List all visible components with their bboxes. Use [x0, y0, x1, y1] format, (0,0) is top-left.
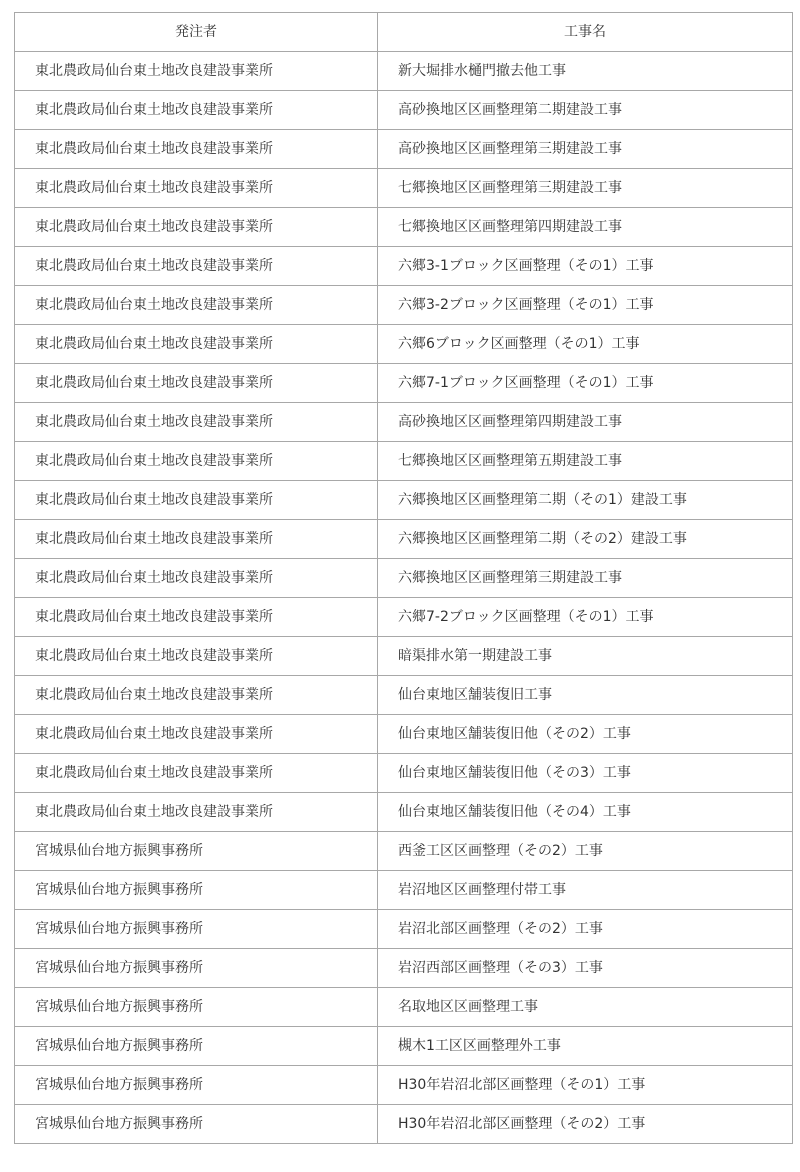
cell-orderer: 宮城県仙台地方振興事務所	[15, 949, 378, 988]
cell-project-name: 高砂換地区区画整理第三期建設工事	[378, 130, 793, 169]
table-row: 東北農政局仙台東土地改良建設事業所高砂換地区区画整理第四期建設工事	[15, 403, 793, 442]
table-row: 東北農政局仙台東土地改良建設事業所六郷3-2ブロック区画整理（その1）工事	[15, 286, 793, 325]
cell-orderer: 東北農政局仙台東土地改良建設事業所	[15, 520, 378, 559]
table-row: 東北農政局仙台東土地改良建設事業所六郷7-1ブロック区画整理（その1）工事	[15, 364, 793, 403]
cell-orderer: 東北農政局仙台東土地改良建設事業所	[15, 52, 378, 91]
cell-project-name: H30年岩沼北部区画整理（その2）工事	[378, 1105, 793, 1144]
cell-project-name: 六郷7-1ブロック区画整理（その1）工事	[378, 364, 793, 403]
cell-orderer: 東北農政局仙台東土地改良建設事業所	[15, 403, 378, 442]
table-row: 東北農政局仙台東土地改良建設事業所七郷換地区区画整理第五期建設工事	[15, 442, 793, 481]
cell-project-name: 岩沼地区区画整理付帯工事	[378, 871, 793, 910]
table-row: 宮城県仙台地方振興事務所岩沼北部区画整理（その2）工事	[15, 910, 793, 949]
cell-orderer: 宮城県仙台地方振興事務所	[15, 832, 378, 871]
cell-project-name: 七郷換地区区画整理第四期建設工事	[378, 208, 793, 247]
cell-orderer: 東北農政局仙台東土地改良建設事業所	[15, 559, 378, 598]
cell-orderer: 宮城県仙台地方振興事務所	[15, 1105, 378, 1144]
table-row: 東北農政局仙台東土地改良建設事業所高砂換地区区画整理第三期建設工事	[15, 130, 793, 169]
table-row: 東北農政局仙台東土地改良建設事業所六郷換地区区画整理第三期建設工事	[15, 559, 793, 598]
table-row: 東北農政局仙台東土地改良建設事業所仙台東地区舗装復旧工事	[15, 676, 793, 715]
table-row: 宮城県仙台地方振興事務所槻木1工区区画整理外工事	[15, 1027, 793, 1066]
header-project-name: 工事名	[378, 13, 793, 52]
cell-orderer: 東北農政局仙台東土地改良建設事業所	[15, 91, 378, 130]
cell-project-name: 岩沼西部区画整理（その3）工事	[378, 949, 793, 988]
table-row: 東北農政局仙台東土地改良建設事業所新大堀排水樋門撤去他工事	[15, 52, 793, 91]
cell-orderer: 宮城県仙台地方振興事務所	[15, 871, 378, 910]
table-row: 宮城県仙台地方振興事務所岩沼西部区画整理（その3）工事	[15, 949, 793, 988]
table-row: 東北農政局仙台東土地改良建設事業所仙台東地区舗装復旧他（その3）工事	[15, 754, 793, 793]
cell-orderer: 東北農政局仙台東土地改良建設事業所	[15, 793, 378, 832]
cell-orderer: 東北農政局仙台東土地改良建設事業所	[15, 364, 378, 403]
cell-project-name: 七郷換地区区画整理第五期建設工事	[378, 442, 793, 481]
construction-projects-table: 発注者 工事名 東北農政局仙台東土地改良建設事業所新大堀排水樋門撤去他工事東北農…	[14, 12, 793, 1144]
table-row: 東北農政局仙台東土地改良建設事業所七郷換地区区画整理第四期建設工事	[15, 208, 793, 247]
cell-project-name: 七郷換地区区画整理第三期建設工事	[378, 169, 793, 208]
table-row: 宮城県仙台地方振興事務所名取地区区画整理工事	[15, 988, 793, 1027]
cell-orderer: 東北農政局仙台東土地改良建設事業所	[15, 130, 378, 169]
header-row: 発注者 工事名	[15, 13, 793, 52]
cell-orderer: 東北農政局仙台東土地改良建設事業所	[15, 598, 378, 637]
table-row: 宮城県仙台地方振興事務所西釜工区区画整理（その2）工事	[15, 832, 793, 871]
table-row: 東北農政局仙台東土地改良建設事業所高砂換地区区画整理第二期建設工事	[15, 91, 793, 130]
table-row: 東北農政局仙台東土地改良建設事業所六郷換地区区画整理第二期（その2）建設工事	[15, 520, 793, 559]
table-row: 東北農政局仙台東土地改良建設事業所六郷6ブロック区画整理（その1）工事	[15, 325, 793, 364]
cell-project-name: 仙台東地区舗装復旧他（その2）工事	[378, 715, 793, 754]
cell-project-name: 西釜工区区画整理（その2）工事	[378, 832, 793, 871]
header-orderer: 発注者	[15, 13, 378, 52]
cell-project-name: 仙台東地区舗装復旧他（その4）工事	[378, 793, 793, 832]
cell-orderer: 東北農政局仙台東土地改良建設事業所	[15, 676, 378, 715]
cell-project-name: 六郷3-2ブロック区画整理（その1）工事	[378, 286, 793, 325]
cell-orderer: 東北農政局仙台東土地改良建設事業所	[15, 481, 378, 520]
cell-orderer: 東北農政局仙台東土地改良建設事業所	[15, 637, 378, 676]
cell-orderer: 東北農政局仙台東土地改良建設事業所	[15, 754, 378, 793]
cell-project-name: 新大堀排水樋門撤去他工事	[378, 52, 793, 91]
cell-orderer: 宮城県仙台地方振興事務所	[15, 988, 378, 1027]
table-row: 東北農政局仙台東土地改良建設事業所仙台東地区舗装復旧他（その2）工事	[15, 715, 793, 754]
table-row: 東北農政局仙台東土地改良建設事業所六郷7-2ブロック区画整理（その1）工事	[15, 598, 793, 637]
cell-orderer: 宮城県仙台地方振興事務所	[15, 1066, 378, 1105]
cell-orderer: 宮城県仙台地方振興事務所	[15, 1027, 378, 1066]
cell-project-name: 暗渠排水第一期建設工事	[378, 637, 793, 676]
table-row: 東北農政局仙台東土地改良建設事業所七郷換地区区画整理第三期建設工事	[15, 169, 793, 208]
cell-project-name: 仙台東地区舗装復旧工事	[378, 676, 793, 715]
cell-project-name: 名取地区区画整理工事	[378, 988, 793, 1027]
cell-project-name: 六郷6ブロック区画整理（その1）工事	[378, 325, 793, 364]
cell-project-name: 高砂換地区区画整理第二期建設工事	[378, 91, 793, 130]
cell-orderer: 東北農政局仙台東土地改良建設事業所	[15, 286, 378, 325]
table-row: 東北農政局仙台東土地改良建設事業所六郷換地区区画整理第二期（その1）建設工事	[15, 481, 793, 520]
cell-project-name: 仙台東地区舗装復旧他（その3）工事	[378, 754, 793, 793]
cell-orderer: 宮城県仙台地方振興事務所	[15, 910, 378, 949]
cell-project-name: 六郷3-1ブロック区画整理（その1）工事	[378, 247, 793, 286]
table-body: 東北農政局仙台東土地改良建設事業所新大堀排水樋門撤去他工事東北農政局仙台東土地改…	[15, 52, 793, 1144]
cell-orderer: 東北農政局仙台東土地改良建設事業所	[15, 442, 378, 481]
cell-orderer: 東北農政局仙台東土地改良建設事業所	[15, 715, 378, 754]
cell-orderer: 東北農政局仙台東土地改良建設事業所	[15, 169, 378, 208]
table-row: 東北農政局仙台東土地改良建設事業所仙台東地区舗装復旧他（その4）工事	[15, 793, 793, 832]
cell-project-name: H30年岩沼北部区画整理（その1）工事	[378, 1066, 793, 1105]
table-row: 東北農政局仙台東土地改良建設事業所暗渠排水第一期建設工事	[15, 637, 793, 676]
cell-project-name: 六郷換地区区画整理第二期（その2）建設工事	[378, 520, 793, 559]
cell-project-name: 槻木1工区区画整理外工事	[378, 1027, 793, 1066]
table-row: 宮城県仙台地方振興事務所H30年岩沼北部区画整理（その2）工事	[15, 1105, 793, 1144]
table-row: 宮城県仙台地方振興事務所H30年岩沼北部区画整理（その1）工事	[15, 1066, 793, 1105]
table-row: 宮城県仙台地方振興事務所岩沼地区区画整理付帯工事	[15, 871, 793, 910]
cell-project-name: 岩沼北部区画整理（その2）工事	[378, 910, 793, 949]
table-row: 東北農政局仙台東土地改良建設事業所六郷3-1ブロック区画整理（その1）工事	[15, 247, 793, 286]
cell-project-name: 六郷7-2ブロック区画整理（その1）工事	[378, 598, 793, 637]
cell-project-name: 高砂換地区区画整理第四期建設工事	[378, 403, 793, 442]
table-header: 発注者 工事名	[15, 13, 793, 52]
cell-orderer: 東北農政局仙台東土地改良建設事業所	[15, 325, 378, 364]
cell-orderer: 東北農政局仙台東土地改良建設事業所	[15, 208, 378, 247]
cell-project-name: 六郷換地区区画整理第二期（その1）建設工事	[378, 481, 793, 520]
cell-orderer: 東北農政局仙台東土地改良建設事業所	[15, 247, 378, 286]
cell-project-name: 六郷換地区区画整理第三期建設工事	[378, 559, 793, 598]
